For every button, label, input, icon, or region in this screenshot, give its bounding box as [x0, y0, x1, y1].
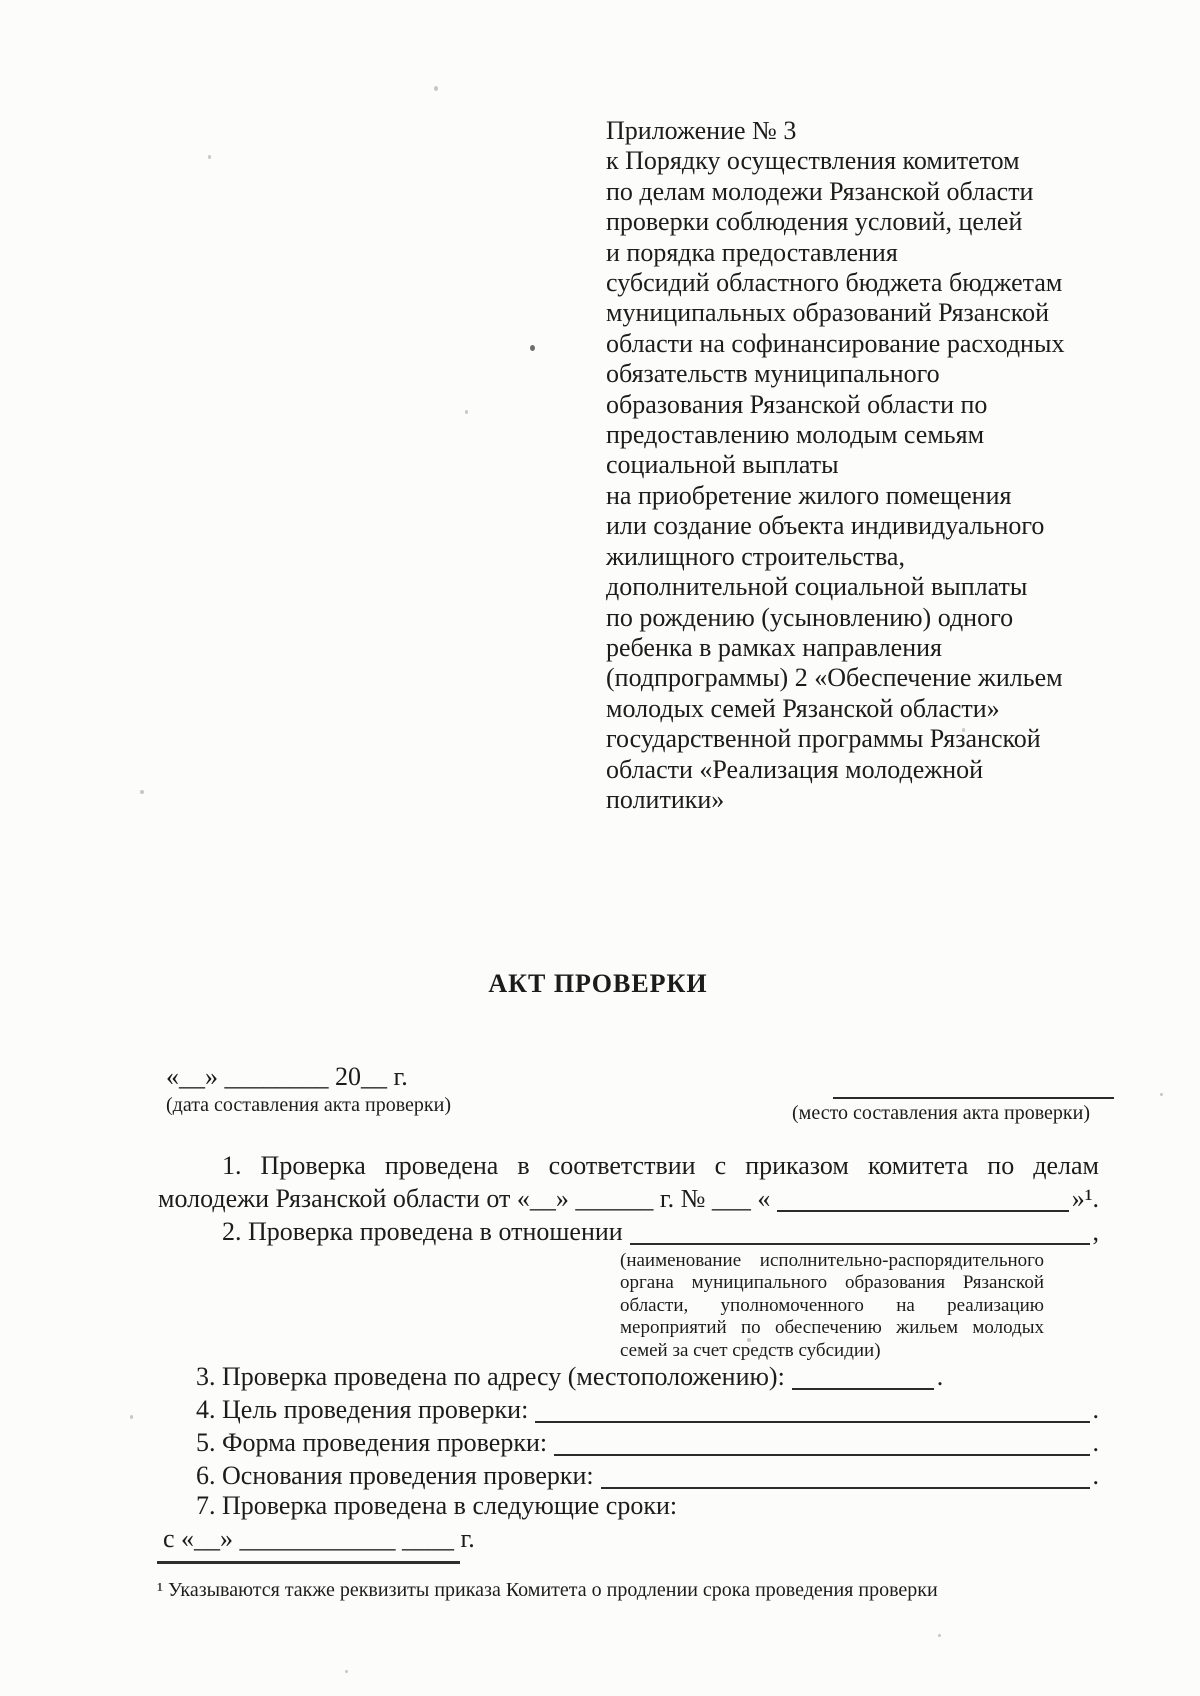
item-6-end: . — [1093, 1459, 1100, 1492]
appendix-line: по рождению (усыновлению) одного — [606, 603, 1076, 633]
item-4: 4. Цель проведения проверки: . — [196, 1393, 1099, 1427]
appendix-line: ребенка в рамках направления — [606, 633, 1076, 663]
appendix-line: муниципальных образований Рязанской — [606, 298, 1076, 328]
item-2-text: 2. Проверка проведена в отношении — [222, 1215, 623, 1248]
appendix-line: и порядка предоставления — [606, 238, 1076, 268]
date-caption: (дата составления акта проверки) — [166, 1094, 451, 1117]
appendix-line: по делам молодежи Рязанской области — [606, 177, 1076, 207]
scan-speck — [1160, 1093, 1163, 1096]
scan-speck — [530, 345, 535, 351]
place-caption: (место составления акта проверки) — [792, 1102, 1090, 1125]
item-4-text: 4. Цель проведения проверки: — [196, 1393, 528, 1426]
item-5: 5. Форма проведения проверки: . — [196, 1426, 1099, 1460]
scan-speck — [208, 155, 211, 159]
item-2-end: , — [1093, 1215, 1100, 1248]
item-1-blank-line — [777, 1192, 1068, 1212]
item-3-text: 3. Проверка проведена по адресу (местопо… — [196, 1360, 785, 1393]
item-2-blank-line — [630, 1225, 1090, 1245]
date-blank-line: «__» ________ 20__ г. — [166, 1060, 408, 1094]
scan-speck — [962, 728, 965, 732]
scan-speck — [434, 86, 438, 91]
appendix-line: государственной программы Рязанской — [606, 724, 1076, 754]
appendix-line: Приложение № 3 — [606, 116, 1076, 146]
appendix-line: предоставлению молодым семьям — [606, 420, 1076, 450]
scanned-document-page: Приложение № 3к Порядку осуществления ко… — [0, 0, 1200, 1696]
footnote-separator — [157, 1561, 460, 1564]
item-1-line-2-end: »¹. — [1072, 1182, 1099, 1215]
appendix-line: молодых семей Рязанской области» — [606, 694, 1076, 724]
appendix-line: дополнительной социальной выплаты — [606, 572, 1076, 602]
appendix-line: образования Рязанской области по — [606, 390, 1076, 420]
item-5-blank-line — [554, 1436, 1089, 1456]
scan-speck — [345, 1670, 348, 1673]
document-title: АКТ ПРОВЕРКИ — [158, 969, 1038, 999]
appendix-line: жилищного строительства, — [606, 542, 1076, 572]
item-2: 2. Проверка проведена в отношении , — [222, 1215, 1099, 1249]
appendix-line: социальной выплаты — [606, 450, 1076, 480]
item-6-text: 6. Основания проведения проверки: — [196, 1459, 594, 1492]
item-1-line-2-text: молодежи Рязанской области от «__» _____… — [158, 1182, 770, 1215]
appendix-line: (подпрограммы) 2 «Обеспечение жильем — [606, 663, 1076, 693]
item-4-end: . — [1093, 1393, 1100, 1426]
appendix-line: политики» — [606, 785, 1076, 815]
footnote-text: ¹ Указываются также реквизиты приказа Ко… — [157, 1578, 1117, 1603]
scan-speck — [938, 1634, 941, 1637]
item-3: 3. Проверка проведена по адресу (местопо… — [196, 1360, 1099, 1394]
item-5-text: 5. Форма проведения проверки: — [196, 1426, 547, 1459]
item-1-line-1: 1. Проверка проведена в соответствии с п… — [158, 1149, 1099, 1182]
appendix-header-block: Приложение № 3к Порядку осуществления ко… — [606, 116, 1076, 815]
appendix-line: субсидий областного бюджета бюджетам — [606, 268, 1076, 298]
item-4-blank-line — [535, 1403, 1089, 1423]
item-7-date-blanks: с «__» ____________ ____ г. — [163, 1522, 475, 1555]
appendix-line: к Порядку осуществления комитетом — [606, 146, 1076, 176]
item-6: 6. Основания проведения проверки: . — [196, 1459, 1099, 1493]
scan-speck — [140, 790, 144, 794]
scan-speck — [747, 1338, 751, 1342]
scan-speck — [130, 1415, 133, 1419]
appendix-line: или создание объекта индивидуального — [606, 511, 1076, 541]
appendix-line: на приобретение жилого помещения — [606, 481, 1076, 511]
appendix-line: области «Реализация молодежной — [606, 755, 1076, 785]
appendix-line: проверки соблюдения условий, целей — [606, 207, 1076, 237]
appendix-line: обязательств муниципального — [606, 359, 1076, 389]
appendix-line: области на софинансирование расходных — [606, 329, 1076, 359]
item-3-end: . — [937, 1360, 944, 1393]
place-blank-line — [833, 1097, 1114, 1099]
item-5-end: . — [1093, 1426, 1100, 1459]
item-1-line-2: молодежи Рязанской области от «__» _____… — [158, 1182, 1099, 1216]
item-2-footcaption: (наименование исполнительно-распорядител… — [620, 1250, 1044, 1362]
scan-speck — [465, 410, 468, 414]
item-7: 7. Проверка проведена в следующие сроки: — [196, 1489, 677, 1522]
item-3-blank-line — [792, 1370, 934, 1390]
item-6-blank-line — [601, 1469, 1090, 1489]
